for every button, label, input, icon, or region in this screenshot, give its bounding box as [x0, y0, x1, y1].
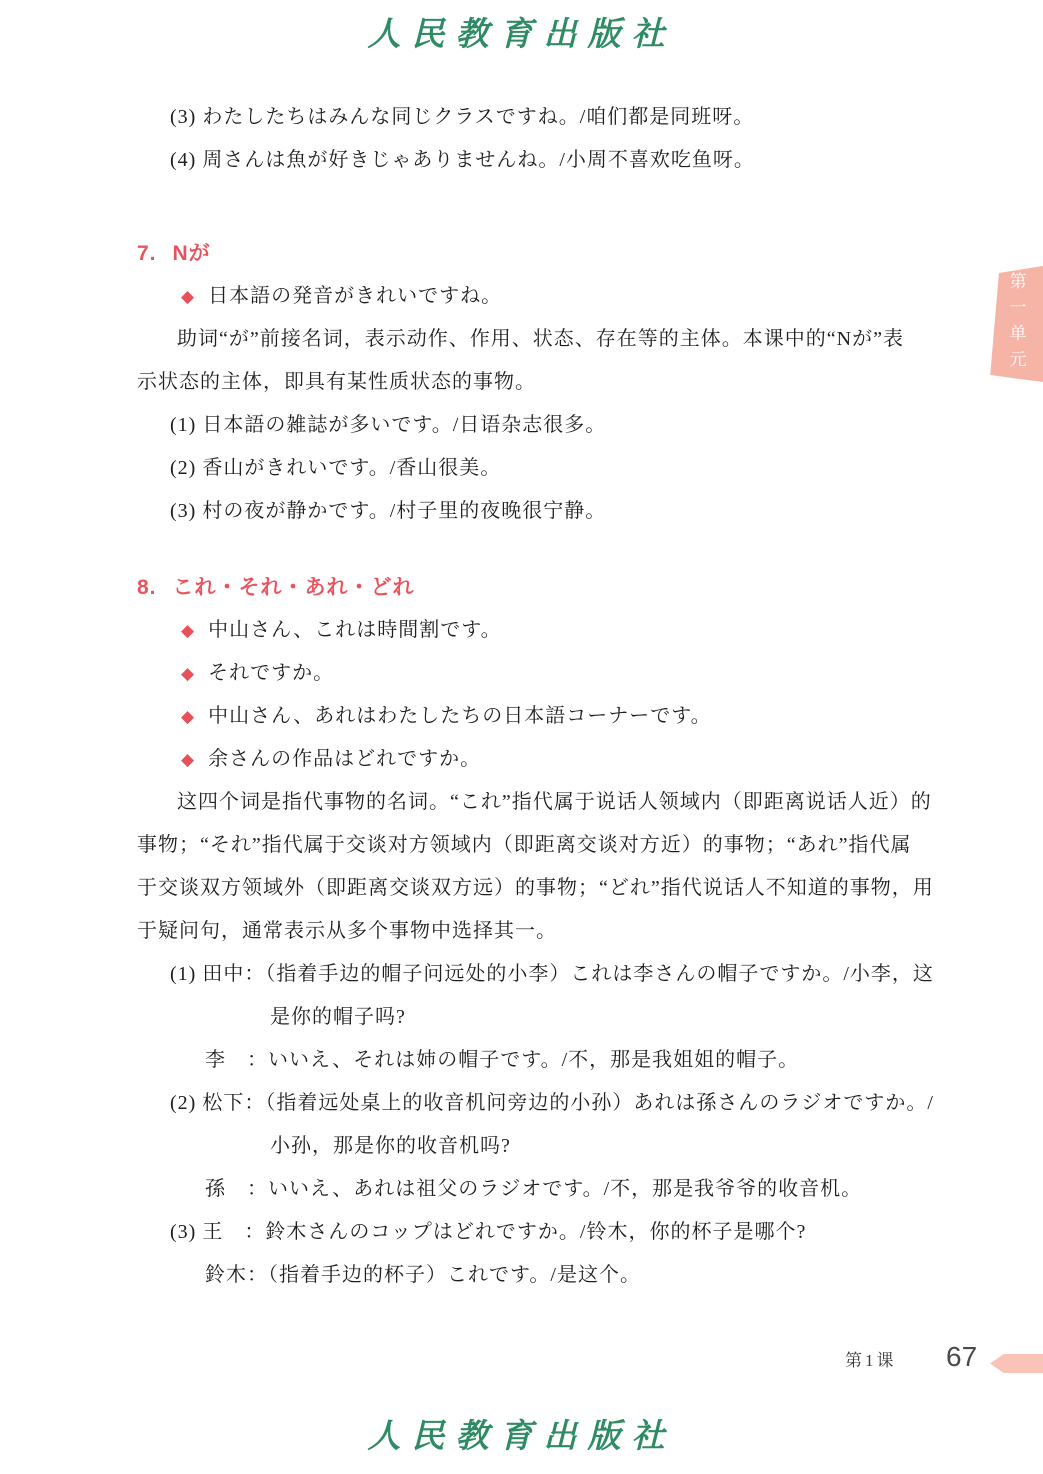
paragraph-line: 示状态的主体，即具有某性质状态的事物。 [137, 361, 973, 404]
paragraph-line: 于交谈双方领域外（即距离交谈双方远）的事物；“どれ”指代说话人不知道的事物，用 [137, 867, 973, 910]
section8-number: 8. [137, 576, 157, 599]
example-line: (1) 日本語の雑誌が多いです。/日语杂志很多。 [137, 404, 973, 447]
section7-number: 7. [137, 242, 157, 265]
textbook-page: 人民教育出版社 第一单元 (3) わたしたちはみんな同じクラスですね。/咱们都是… [0, 0, 1043, 1474]
unit-tab-label: 第一单元 [1000, 272, 1029, 376]
main-content: (3) わたしたちはみんな同じクラスですね。/咱们都是同班呀。 (4) 周さんは… [137, 96, 973, 1297]
bullet-line: ◆余さんの作品はどれですか。 [137, 738, 973, 781]
page-number: 67 [946, 1337, 977, 1377]
section7-title: Nが [173, 242, 211, 265]
example-line: (2) 香山がきれいです。/香山很美。 [137, 447, 973, 490]
footer-pennant-decoration [990, 1354, 1043, 1373]
diamond-bullet-icon: ◆ [181, 750, 195, 770]
paragraph-line: 助词“が”前接名词，表示动作、作用、状态、存在等的主体。本课中的“Nが”表 [137, 318, 973, 361]
dialogue-line: (3) 王 ：鈴木さんのコップはどれですか。/铃木，你的杯子是哪个? [137, 1211, 973, 1254]
intro-line: (4) 周さんは魚が好きじゃありませんね。/小周不喜欢吃鱼呀。 [137, 139, 973, 182]
dialogue-line: 是你的帽子吗? [137, 996, 973, 1039]
bullet-text: それですか。 [208, 662, 334, 684]
bullet-line: ◆中山さん、あれはわたしたちの日本語コーナーです。 [137, 695, 973, 738]
dialogue-line: 鈴木：（指着手边的杯子）これです。/是这个。 [137, 1254, 973, 1297]
section7-header: 7.Nが [137, 232, 973, 275]
section8-header: 8.これ・それ・あれ・どれ [137, 566, 973, 609]
bullet-text: 余さんの作品はどれですか。 [208, 748, 481, 770]
dialogue-line: 孫 ：いいえ、あれは祖父のラジオです。/不，那是我爷爷的收音机。 [137, 1168, 973, 1211]
diamond-bullet-icon: ◆ [181, 621, 195, 641]
paragraph-line: 事物；“それ”指代属于交谈对方领域内（即距离交谈对方近）的事物；“あれ”指代属 [137, 824, 973, 867]
paragraph-line: 这四个词是指代事物的名词。“これ”指代属于说话人领域内（即距离说话人近）的 [137, 781, 973, 824]
example-line: (3) 村の夜が静かです。/村子里的夜晚很宁静。 [137, 490, 973, 533]
bullet-line: ◆日本語の発音がきれいですね。 [137, 275, 973, 318]
section8-title: これ・それ・あれ・どれ [173, 576, 415, 599]
intro-line: (3) わたしたちはみんな同じクラスですね。/咱们都是同班呀。 [137, 96, 973, 139]
bullet-line: ◆それですか。 [137, 652, 973, 695]
bullet-text: 中山さん、あれはわたしたちの日本語コーナーです。 [208, 705, 712, 727]
publisher-logo-bottom: 人民教育出版社 [0, 1410, 1043, 1457]
bullet-text: 中山さん、これは時間割です。 [208, 619, 502, 641]
bullet-line: ◆中山さん、これは時間割です。 [137, 609, 973, 652]
bullet-text: 日本語の発音がきれいですね。 [208, 285, 502, 307]
diamond-bullet-icon: ◆ [181, 707, 195, 727]
dialogue-line: (2) 松下：（指着远处桌上的收音机问旁边的小孙）あれは孫さんのラジオですか。/ [137, 1082, 973, 1125]
diamond-bullet-icon: ◆ [181, 287, 195, 307]
dialogue-line: (1) 田中：（指着手边的帽子问远处的小李）これは李さんの帽子ですか。/小李，这 [137, 953, 973, 996]
dialogue-line: 小孙，那是你的收音机吗? [137, 1125, 973, 1168]
footer-lesson-label: 第1课 [845, 1346, 897, 1376]
diamond-bullet-icon: ◆ [181, 664, 195, 684]
paragraph-line: 于疑问句，通常表示从多个事物中选择其一。 [137, 910, 973, 953]
dialogue-line: 李 ：いいえ、それは姉の帽子です。/不，那是我姐姐的帽子。 [137, 1039, 973, 1082]
publisher-logo-top: 人民教育出版社 [0, 8, 1043, 55]
unit-tab: 第一单元 [985, 266, 1043, 382]
